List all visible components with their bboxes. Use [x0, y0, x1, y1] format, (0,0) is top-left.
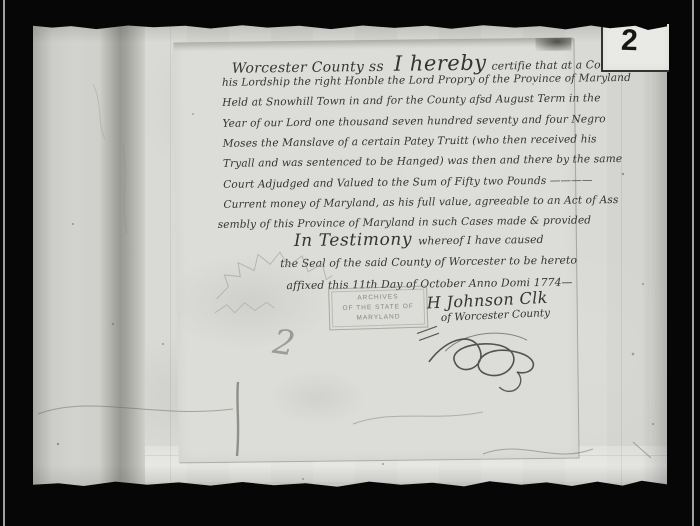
facing-page-edge: [33, 24, 100, 488]
microfilm-frame: Worcester County ssI herebycertifie that…: [0, 0, 700, 526]
heading-script-words: I hereby: [394, 51, 487, 76]
manuscript-line: Current money of Maryland, as his full v…: [223, 194, 618, 211]
photo-area: Worcester County ssI herebycertifie that…: [33, 24, 667, 488]
county-caption: Worcester County ss: [232, 59, 384, 77]
book-gutter-shadow: [100, 24, 145, 488]
manuscript-line: Year of our Lord one thousand seven hund…: [222, 113, 605, 130]
manuscript-line: Court Adjudged and Valued to the Sum of …: [223, 174, 593, 191]
film-edge-line-right: [692, 0, 694, 526]
embossed-seal: [214, 246, 335, 317]
manuscript-line: Tryall and was sentenced to be Hanged) w…: [223, 153, 622, 170]
certificate-document: Worcester County ssI herebycertifie that…: [173, 38, 578, 463]
stamp-line: MARYLAND: [356, 312, 400, 323]
film-edge-line-left: [3, 0, 5, 526]
testimony-rest: whereof I have caused: [418, 233, 544, 248]
archives-stamp: ARCHIVES OF THE STATE OF MARYLAND: [328, 286, 428, 331]
page-fold-line: [621, 24, 622, 488]
manuscript-line: Moses the Manslave of a certain Patey Tr…: [223, 133, 597, 150]
signature-flourish: [415, 310, 576, 407]
pencil-page-number: 2: [270, 322, 297, 365]
frame-number-tag: 2: [601, 24, 669, 72]
manuscript-line: Held at Snowhill Town in and for the Cou…: [222, 92, 600, 109]
frame-number: 2: [620, 24, 638, 59]
page-fold-line: [170, 24, 171, 488]
